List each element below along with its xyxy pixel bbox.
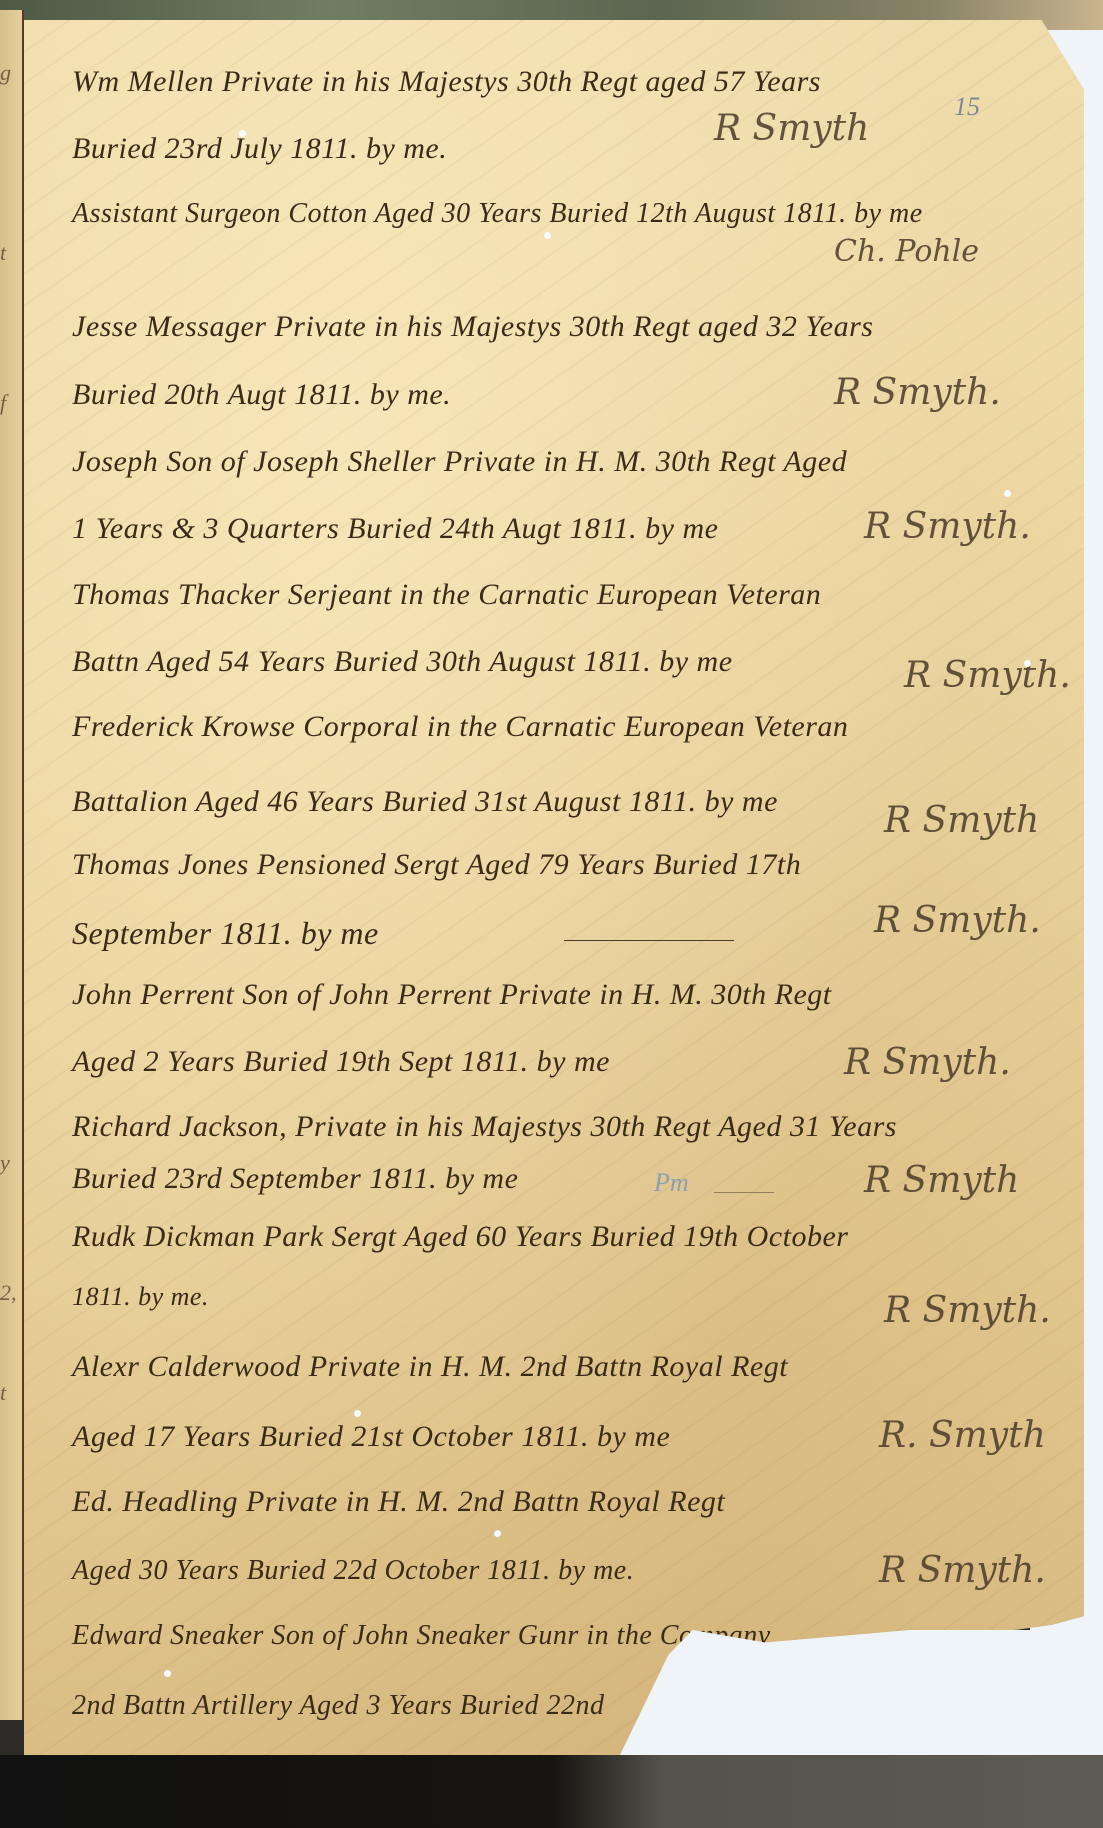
paper-hole [1004,490,1011,497]
signature: R. Smyth [879,1415,1046,1456]
entry-line: Rudk Dickman Park Sergt Aged 60 Years Bu… [72,1220,848,1254]
entry-line: Ed. Headling Private in H. M. 2nd Battn … [72,1485,725,1519]
entry-line: September 1811. by me [72,915,379,952]
entry-line: Buried 23rd July 1811. by me. [72,132,447,166]
signature: R Smyth. [879,1550,1046,1591]
adjacent-page-edge: g t f y 2, t [0,10,24,1720]
entry-line: Jesse Messager Private in his Majestys 3… [72,310,873,344]
paper-hole [1024,660,1031,667]
entry-line: Thomas Thacker Serjeant in the Carnatic … [72,578,821,612]
paper-hole [164,1670,171,1677]
signature: R Smyth. [864,506,1031,547]
adjacent-page-fragment: y [0,1150,10,1176]
entry-line: Aged 2 Years Buried 19th Sept 1811. by m… [72,1045,610,1079]
entry-line: Aged 17 Years Buried 21st October 1811. … [72,1420,670,1454]
filler-line [564,940,734,941]
signature: Ch. Pohle [834,234,979,269]
entry-line: Buried 20th Augt 1811. by me. [72,378,451,412]
entry-line: Wm Mellen Private in his Majestys 30th R… [72,65,821,99]
entry-line: Joseph Son of Joseph Sheller Private in … [72,445,847,479]
background-table-bottom [0,1755,1103,1828]
entry-line: Aged 30 Years Buried 22d October 1811. b… [72,1555,634,1587]
entry-line: John Perrent Son of John Perrent Private… [72,978,832,1012]
pencil-annotation: Pm [654,1168,689,1198]
signature: R Smyth [884,800,1039,841]
adjacent-page-fragment: 2, [0,1280,17,1306]
entry-line: 1 Years & 3 Quarters Buried 24th Augt 18… [72,512,718,546]
entry-line: Battalion Aged 46 Years Buried 31st Augu… [72,785,778,819]
entry-line: Frederick Krowse Corporal in the Carnati… [72,710,848,744]
signature: R Smyth. [844,1042,1011,1083]
signature: R Smyth. [834,372,1001,413]
entry-line: 1811. by me. [72,1282,209,1312]
adjacent-page-fragment: t [0,240,6,266]
signature: R Smyth [714,108,869,149]
entry-line: Thomas Jones Pensioned Sergt Aged 79 Yea… [72,848,801,882]
entry-line: Richard Jackson, Private in his Majestys… [72,1110,897,1144]
entry-line: Assistant Surgeon Cotton Aged 30 Years B… [72,198,923,230]
signature: R Smyth. [874,900,1041,941]
paper-hole [544,232,551,239]
register-page: 15 Wm Mellen Private in his Majestys 30t… [24,20,1084,1755]
entry-line: 2nd Battn Artillery Aged 3 Years Buried … [72,1690,604,1722]
page-number: 15 [954,92,980,122]
signature: R Smyth. [904,655,1071,696]
filler-line [714,1192,774,1193]
entry-line: Battn Aged 54 Years Buried 30th August 1… [72,645,733,679]
adjacent-page-fragment: g [0,60,11,86]
paper-hole [354,1410,361,1417]
paper-hole [239,130,246,137]
paper-hole [494,1530,501,1537]
adjacent-page-fragment: f [0,390,6,416]
signature: R Smyth [864,1160,1019,1201]
torn-paper-gap [620,1630,1103,1755]
entry-line: Edward Sneaker Son of John Sneaker Gunr … [72,1620,771,1652]
entry-line: Alexr Calderwood Private in H. M. 2nd Ba… [72,1350,788,1384]
signature: R Smyth. [884,1290,1051,1331]
adjacent-page-fragment: t [0,1380,6,1406]
entry-line: Buried 23rd September 1811. by me [72,1162,518,1196]
